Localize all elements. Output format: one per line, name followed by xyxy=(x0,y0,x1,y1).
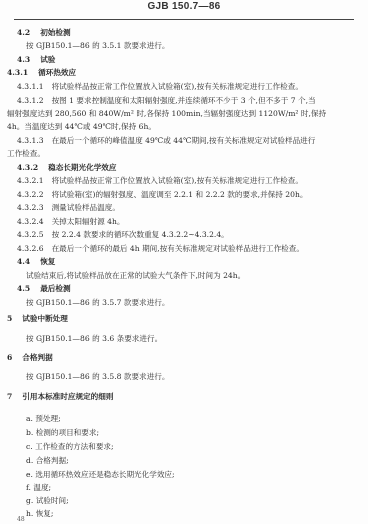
clause-number: 4.3.1.3 xyxy=(17,136,44,146)
clause-number: 4.3.1.2 xyxy=(17,96,44,106)
section-4-5-body: 按 GJB150.1—86 的 3.5.7 款要求进行。 xyxy=(26,298,169,308)
list-item: g. 试验时间; xyxy=(26,496,69,506)
section-number: 7 xyxy=(7,392,12,402)
section-title: 初始检测 xyxy=(40,28,70,37)
section-4-3-heading: 4.3试验 xyxy=(17,55,55,65)
clause-text: 在最后一个循环的峰值温度 49℃或 44℃期间,按有关标准规定对试验样品进行 xyxy=(52,136,316,145)
section-number: 4.2 xyxy=(17,28,30,38)
clause-4-3-2-5: 4.3.2.5按 2.2.4 款要求的循环次数重复 4.3.2.2~4.3.2.… xyxy=(17,230,229,240)
clause-4-3-2-6: 4.3.2.6在最后一个循环的最后 4h 期间,按有关标准规定对试验样品进行工作… xyxy=(17,244,304,254)
section-4-2-body: 按 GJB150.1—86 的 3.5.1 款要求进行。 xyxy=(26,41,169,51)
clause-4-3-1-2-continuation: 4h。当温度达到 44℃或 49℃时,保持 6h。 xyxy=(7,122,156,132)
document-header: GJB 150.7—86 xyxy=(0,1,368,12)
section-number: 5 xyxy=(7,314,12,324)
section-6-heading: 6合格判据 xyxy=(7,353,53,363)
section-title: 循环热效应 xyxy=(38,68,76,77)
section-5-body: 按 GJB150.1—86 的 3.6 条要求进行。 xyxy=(26,334,162,344)
clause-number: 4.3.2.6 xyxy=(17,244,44,254)
clause-4-3-1-1: 4.3.1.1将试验样品按正常工作位置放入试验箱(室),按有关标准规定进行工作检… xyxy=(17,82,303,92)
clause-4-3-1-3-continuation: 工作检查。 xyxy=(7,149,45,159)
list-item: b. 检测的项目和要求; xyxy=(26,428,99,438)
section-title: 合格判据 xyxy=(22,353,52,362)
clause-text: 将试验样品按正常工作位置放入试验箱(室),按有关标准规定进行工作检查。 xyxy=(52,176,303,185)
list-item: e. 选用循环热效应还是稳态长期光化学效应; xyxy=(26,470,175,480)
list-item: c. 工作检查的方法和要求; xyxy=(26,442,114,452)
header-rule xyxy=(14,19,354,20)
section-title: 恢复 xyxy=(40,257,55,266)
clause-number: 4.3.2.2 xyxy=(17,190,44,200)
section-4-3-1-heading: 4.3.1循环热效应 xyxy=(7,68,76,78)
clause-number: 4.3.2.3 xyxy=(17,203,44,213)
section-number: 4.3 xyxy=(17,55,30,65)
clause-4-3-2-2: 4.3.2.2将试验箱(室)的辐射强度、温度调至 2.2.1 和 2.2.2 款… xyxy=(17,190,307,200)
section-4-3-2-heading: 4.3.2稳态长期光化学效应 xyxy=(17,163,116,173)
section-number: 4.5 xyxy=(17,284,30,294)
clause-4-3-1-2: 4.3.1.2按图 1 要求控制温度和太阳辐射强度,并连续循环不少于 3 个,但… xyxy=(17,96,316,106)
clause-4-3-2-3: 4.3.2.3测量试验样品温度。 xyxy=(17,203,120,213)
clause-4-3-2-4: 4.3.2.4关掉太阳辐射源 4h。 xyxy=(17,217,124,227)
clause-4-3-1-3: 4.3.1.3在最后一个循环的峰值温度 49℃或 44℃期间,按有关标准规定对试… xyxy=(17,136,315,146)
clause-text: 按 2.2.4 款要求的循环次数重复 4.3.2.2~4.3.2.4。 xyxy=(52,230,229,239)
section-number: 4.3.1 xyxy=(7,68,28,78)
section-number: 6 xyxy=(7,353,12,363)
section-title: 引用本标准时应规定的细则 xyxy=(22,392,113,401)
list-item: a. 预处理; xyxy=(26,414,61,424)
clause-number: 4.3.1.1 xyxy=(17,82,44,92)
list-item: f. 温度; xyxy=(26,483,51,493)
list-item: h. 恢复; xyxy=(26,509,53,519)
clause-4-3-1-2-continuation: 辐射强度达到 280,560 和 840W/m² 时,各保持 100min,当辐… xyxy=(7,109,326,119)
section-6-body: 按 GJB150.1—86 的 3.5.8 款要求进行。 xyxy=(26,372,169,382)
page-number: 48 xyxy=(17,516,25,523)
section-title: 试验中断处理 xyxy=(22,314,68,323)
clause-number: 4.3.2.4 xyxy=(17,217,44,227)
clause-text: 将试验箱(室)的辐射强度、温度调至 2.2.1 和 2.2.2 款的要求,并保持… xyxy=(52,190,308,199)
section-number: 4.4 xyxy=(17,257,30,267)
section-4-2-heading: 4.2初始检测 xyxy=(17,28,71,38)
clause-text: 关掉太阳辐射源 4h。 xyxy=(52,217,125,226)
section-title: 稳态长期光化学效应 xyxy=(48,163,116,172)
clause-text: 按图 1 要求控制温度和太阳辐射强度,并连续循环不少于 3 个,但不多于 7 个… xyxy=(52,96,316,105)
section-4-4-heading: 4.4恢复 xyxy=(17,257,55,267)
section-title: 最后检测 xyxy=(40,284,70,293)
clause-4-3-2-1: 4.3.2.1将试验样品按正常工作位置放入试验箱(室),按有关标准规定进行工作检… xyxy=(17,176,303,186)
list-item: d. 合格判据; xyxy=(26,456,69,466)
section-4-5-heading: 4.5最后检测 xyxy=(17,284,71,294)
clause-number: 4.3.2.5 xyxy=(17,230,44,240)
section-7-heading: 7引用本标准时应规定的细则 xyxy=(7,392,113,402)
clause-text: 在最后一个循环的最后 4h 期间,按有关标准规定对试验样品进行工作检查。 xyxy=(52,244,304,253)
section-number: 4.3.2 xyxy=(17,163,38,173)
clause-text: 测量试验样品温度。 xyxy=(52,203,120,212)
clause-number: 4.3.2.1 xyxy=(17,176,44,186)
section-4-4-body: 试验结束后,将试验样品放在正常的试验大气条件下,时间为 24h。 xyxy=(26,271,245,281)
section-5-heading: 5试验中断处理 xyxy=(7,314,68,324)
clause-text: 将试验样品按正常工作位置放入试验箱(室),按有关标准规定进行工作检查。 xyxy=(52,82,303,91)
section-title: 试验 xyxy=(40,55,55,64)
